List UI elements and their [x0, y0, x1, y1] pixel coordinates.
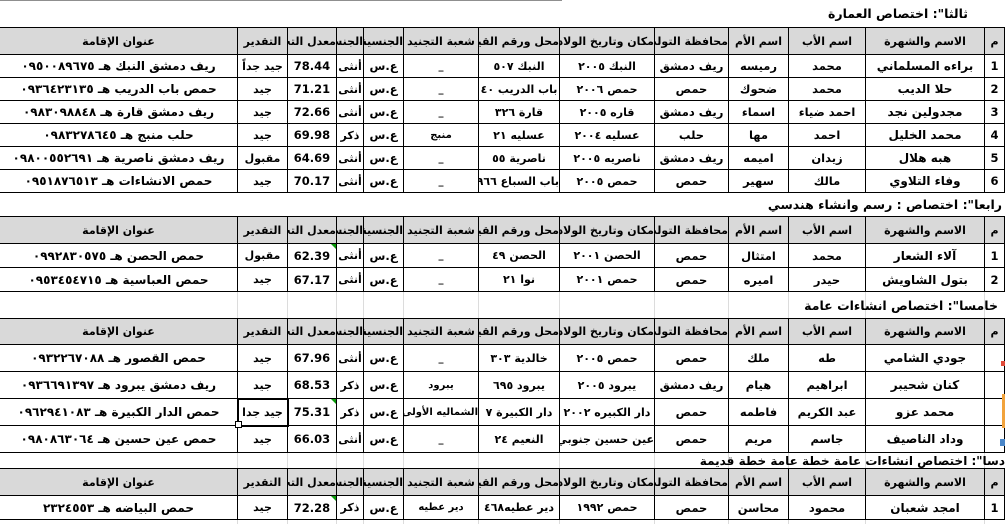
cell-father[interactable]: احمد	[789, 124, 866, 147]
cell-nationality[interactable]: ع.س	[364, 268, 404, 292]
header-name[interactable]: الاسم والشهرة	[866, 217, 985, 244]
header-address[interactable]: عنوان الإقامة	[0, 217, 238, 244]
cell-sex[interactable]: أنثى	[337, 268, 364, 292]
cell-address[interactable]: حمص عين حسين هـ ٠٩٨٠٨٦٣٠٦٤	[0, 426, 238, 453]
table-row: كنان شحيبرابراهيمهيامريف دمشقيبرود ٢٠٠٥ي…	[0, 372, 1005, 399]
cell-draft-branch[interactable]: _	[404, 101, 479, 124]
cell-registry[interactable]: قارة ٣٢٦	[479, 101, 560, 124]
cell-birthplace[interactable]: عسليه ٢٠٠٤	[560, 124, 655, 147]
gridline	[336, 520, 337, 524]
cell-mother[interactable]: مريم	[729, 426, 789, 453]
header-grade[interactable]: التقدير	[238, 28, 288, 55]
cell-draft-branch[interactable]: _	[404, 244, 479, 268]
cell-name[interactable]: محمد الخليل	[866, 124, 985, 147]
cell-grade[interactable]: جيد	[238, 124, 288, 147]
table-general-construction: مالاسم والشهرةاسم الأباسم الأممحافظة الت…	[0, 318, 1005, 453]
cell-num[interactable]: 5	[985, 147, 1005, 170]
cell-registry[interactable]: ناصرية ٥٥	[479, 147, 560, 170]
gridline	[654, 453, 655, 468]
cell-birthplace[interactable]: حمص ٢٠٠٥	[560, 170, 655, 193]
cell-father[interactable]: محمد	[789, 244, 866, 268]
cell-address[interactable]: حمص باب الدريب هـ ٠٩٣٦٤٢٣١٣٥	[0, 78, 238, 101]
cell-mother[interactable]: امتثال	[729, 244, 789, 268]
cell-name[interactable]: حلا الديب	[866, 78, 985, 101]
cell-grade[interactable]: جيد	[238, 496, 288, 520]
cell-grade[interactable]: مقبول	[238, 244, 288, 268]
section-title-text[interactable]: دسا": اختصاص انشاءات عامة خطة عامة خطة ق…	[700, 454, 1005, 468]
cell-governorate[interactable]: ريف دمشق	[655, 55, 729, 78]
cell-registry[interactable]: دار الكبيرة ٧	[479, 399, 560, 426]
cell-governorate[interactable]: حمص	[655, 78, 729, 101]
cell-governorate[interactable]: حلب	[655, 124, 729, 147]
gridline	[336, 453, 337, 468]
cell-grade[interactable]: جيد	[238, 345, 288, 372]
section-title-text[interactable]: ثالثا": اختصاص العمارة	[828, 6, 968, 21]
cell-gpa[interactable]: 68.53	[288, 372, 337, 399]
cell-sex[interactable]: أنثى	[337, 78, 364, 101]
cell-nationality[interactable]: ع.س	[364, 78, 404, 101]
header-registry[interactable]: محل ورقم القيد	[479, 469, 560, 496]
cell-num[interactable]: 1	[985, 55, 1005, 78]
gridline	[654, 520, 655, 524]
header-name[interactable]: الاسم والشهرة	[866, 319, 985, 345]
cell-address[interactable]: حمص القصور هـ ٠٩٣٢٢٦٧٠٨٨	[0, 345, 238, 372]
gridline	[478, 520, 479, 524]
gridline	[237, 292, 238, 318]
cell-sex[interactable]: ذكر	[337, 496, 364, 520]
header-num[interactable]: م	[985, 28, 1005, 55]
table-row: 1براءه المسلمانيمحمدرميسهريف دمشقالنبك ٢…	[0, 55, 1005, 78]
cell-name[interactable]: محمد عزو	[866, 399, 985, 426]
cell-grade[interactable]: جيد	[238, 268, 288, 292]
cell-nationality[interactable]: ع.س	[364, 147, 404, 170]
cell-birthplace[interactable]: يبرود ٢٠٠٥	[560, 372, 655, 399]
gridline	[287, 520, 288, 524]
cell-grade[interactable]: جيد جداً	[238, 55, 288, 78]
gridline	[865, 520, 866, 524]
cell-nationality[interactable]: ع.س	[364, 496, 404, 520]
cell-num[interactable]: 1	[985, 244, 1005, 268]
header-draft-branch[interactable]: شعبة التجنيد	[404, 217, 479, 244]
header-sex[interactable]: الجنس	[337, 469, 364, 496]
cell-nationality[interactable]: ع.س	[364, 399, 404, 426]
cell-birthplace[interactable]: حمص ٢٠٠٥	[560, 345, 655, 372]
table-row: 3مجدولين نجداحمد ضياءاسماءريف دمشققاره ٢…	[0, 101, 1005, 124]
cell-gpa[interactable]: 72.66	[288, 101, 337, 124]
cell-mother[interactable]: مها	[729, 124, 789, 147]
section-title-text[interactable]: خامسا": اختصاص انشاءات عامة	[804, 298, 998, 313]
section-title-general-construction: خامسا": اختصاص انشاءات عامة	[0, 292, 1005, 318]
table-row: 2حلا الديبمحمدضحوكحمصحمص ٢٠٠٦باب الدريب …	[0, 78, 1005, 101]
header-mother[interactable]: اسم الأم	[729, 28, 789, 55]
cell-gpa[interactable]: 67.17	[288, 268, 337, 292]
cell-governorate[interactable]: حمص	[655, 268, 729, 292]
cell-address[interactable]: حلب منبج هـ ٠٩٨٣٢٧٨٦٤٥	[0, 124, 238, 147]
header-address[interactable]: عنوان الإقامة	[0, 28, 238, 55]
edge-artifact-red	[1001, 361, 1005, 366]
cell-nationality[interactable]: ع.س	[364, 426, 404, 453]
section-title-technical-drawing: رابعا": اختصاص : رسم وانشاء هندسي	[0, 193, 1005, 216]
table-architecture: مالاسم والشهرةاسم الأباسم الأممحافظة الت…	[0, 27, 1005, 193]
cell-num[interactable]: 3	[985, 101, 1005, 124]
cell-mother[interactable]: محاسن	[729, 496, 789, 520]
header-birthplace[interactable]: مكان وتاريخ الولادة	[560, 469, 655, 496]
gridline	[728, 292, 729, 318]
table-row: 5هبه هلالزيداناميمهريف دمشقناصريه ٢٠٠٥نا…	[0, 147, 1005, 170]
cell-num[interactable]: 1	[985, 496, 1005, 520]
header-address[interactable]: عنوان الإقامة	[0, 469, 238, 496]
cell-grade[interactable]: جيد	[238, 426, 288, 453]
cell-governorate[interactable]: حمص	[655, 345, 729, 372]
cell-draft-branch[interactable]: الشماليه الأولى	[404, 399, 479, 426]
header-grade[interactable]: التقدير	[238, 319, 288, 345]
header-father[interactable]: اسم الأب	[789, 469, 866, 496]
section-title-general-construction-old-plan: دسا": اختصاص انشاءات عامة خطة عامة خطة ق…	[0, 453, 1005, 468]
cell-mother[interactable]: اسماء	[729, 101, 789, 124]
cell-name[interactable]: امجد شعبان	[866, 496, 985, 520]
cell-address[interactable]: حمص العباسية هـ ٠٩٥٣٤٥٤٧١٥	[0, 268, 238, 292]
header-birthplace[interactable]: مكان وتاريخ الولادة	[560, 319, 655, 345]
edge-artifact-blue	[1000, 439, 1005, 446]
cell-address[interactable]: ريف دمشق النبك هـ ٠٩٥٠٠٨٩٦٧٥	[0, 55, 238, 78]
cell-father[interactable]: حيدر	[789, 268, 866, 292]
gridline	[654, 292, 655, 318]
cell-num[interactable]: 4	[985, 124, 1005, 147]
header-gpa[interactable]: معدل التخرج	[288, 217, 337, 244]
cell-gpa[interactable]: 71.21	[288, 78, 337, 101]
cell-mother[interactable]: فاطمه	[729, 399, 789, 426]
header-father[interactable]: اسم الأب	[789, 217, 866, 244]
header-draft-branch[interactable]: شعبة التجنيد	[404, 319, 479, 345]
cell-name[interactable]: جودي الشامي	[866, 345, 985, 372]
cell-governorate[interactable]: حمص	[655, 244, 729, 268]
cell-birthplace[interactable]: حمص ٢٠٠١	[560, 268, 655, 292]
cell-father[interactable]: عبد الكريم	[789, 399, 866, 426]
header-birthplace[interactable]: مكان وتاريخ الولادة	[560, 28, 655, 55]
cell-mother[interactable]: رميسه	[729, 55, 789, 78]
header-registry[interactable]: محل ورقم القيد	[479, 319, 560, 345]
gridline	[403, 292, 404, 318]
cell-birthplace[interactable]: النبك ٢٠٠٥	[560, 55, 655, 78]
cell-mother[interactable]: ضحوك	[729, 78, 789, 101]
table-row: 4محمد الخليلاحمدمهاحلبعسليه ٢٠٠٤عسليه ٢١…	[0, 124, 1005, 147]
cell-name[interactable]: وفاء التلاوي	[866, 170, 985, 193]
cell-sex[interactable]: أنثى	[337, 345, 364, 372]
cell-draft-branch[interactable]: _	[404, 426, 479, 453]
header-num[interactable]: م	[985, 319, 1005, 345]
table-row: 2بتول الشاويشحيدراميرهحمصحمص ٢٠٠١نوا ٢١_…	[0, 268, 1005, 292]
table-row: 1امجد شعبانمحمودمحاسنحمصحمص ١٩٩٢دير عطيه…	[0, 496, 1005, 520]
gridline	[363, 453, 364, 468]
header-grade[interactable]: التقدير	[238, 217, 288, 244]
cell-grade[interactable]: جيد	[238, 170, 288, 193]
cell-registry[interactable]: يبرود ٦٩٥	[479, 372, 560, 399]
gridline	[728, 520, 729, 524]
cell-registry[interactable]: باب الدريب ٤٠	[479, 78, 560, 101]
cell-draft-branch[interactable]: _	[404, 268, 479, 292]
cell-name[interactable]: مجدولين نجد	[866, 101, 985, 124]
cell-governorate[interactable]: ريف دمشق	[655, 147, 729, 170]
cell-father[interactable]: زيدان	[789, 147, 866, 170]
cell-governorate[interactable]: حمص	[655, 170, 729, 193]
cell-registry[interactable]: باب السباع ٩٦٦	[479, 170, 560, 193]
cell-registry[interactable]: خالدية ٣٠٣	[479, 345, 560, 372]
cell-sex[interactable]: أنثى	[337, 101, 364, 124]
cell-num[interactable]	[985, 345, 1005, 372]
header-birthplace[interactable]: مكان وتاريخ الولادة	[560, 217, 655, 244]
gridline	[287, 453, 288, 468]
cell-governorate[interactable]: حمص	[655, 496, 729, 520]
cell-draft-branch[interactable]: _	[404, 345, 479, 372]
header-mother[interactable]: اسم الأم	[729, 217, 789, 244]
cell-draft-branch[interactable]: _	[404, 78, 479, 101]
cell-gpa[interactable]: 75.31	[288, 399, 337, 426]
cell-registry[interactable]: عسليه ٢١	[479, 124, 560, 147]
table-general-construction-old-plan: مالاسم والشهرةاسم الأباسم الأممحافظة الت…	[0, 468, 1005, 520]
gridline	[403, 453, 404, 468]
cell-nationality[interactable]: ع.س	[364, 345, 404, 372]
cell-registry[interactable]: نوا ٢١	[479, 268, 560, 292]
cell-grade[interactable]: جيد جدا	[238, 399, 288, 426]
table-row: محمد عزوعبد الكريمفاطمهحمصدار الكبيره ٢٠…	[0, 399, 1005, 426]
cell-registry[interactable]: الحصن ٤٩	[479, 244, 560, 268]
gridline	[287, 292, 288, 318]
cell-draft-branch[interactable]: _	[404, 170, 479, 193]
header-row: مالاسم والشهرةاسم الأباسم الأممحافظة الت…	[0, 217, 1005, 244]
gridline	[478, 453, 479, 468]
header-mother[interactable]: اسم الأم	[729, 319, 789, 345]
gridline	[363, 292, 364, 318]
cell-registry[interactable]: دير عطيه٤٦٨	[479, 496, 560, 520]
gridline	[237, 453, 238, 468]
header-registry[interactable]: محل ورقم القيد	[479, 217, 560, 244]
cell-name[interactable]: بتول الشاويش	[866, 268, 985, 292]
cell-birthplace[interactable]: حمص ٢٠٠٦	[560, 78, 655, 101]
cell-draft-branch[interactable]: يبرود	[404, 372, 479, 399]
cell-father[interactable]: محمد	[789, 78, 866, 101]
next-row-sliver	[0, 520, 1005, 524]
header-nationality[interactable]: الجنسية	[364, 469, 404, 496]
cell-gpa[interactable]: 64.69	[288, 147, 337, 170]
cell-grade[interactable]: جيد	[238, 101, 288, 124]
header-gpa[interactable]: معدل التخرج	[288, 28, 337, 55]
cell-gpa[interactable]: 67.96	[288, 345, 337, 372]
header-sex[interactable]: الجنس	[337, 319, 364, 345]
cell-father[interactable]: مالك	[789, 170, 866, 193]
cell-draft-branch[interactable]: منبج	[404, 124, 479, 147]
cell-sex[interactable]: أنثى	[337, 426, 364, 453]
cell-gpa[interactable]: 66.03	[288, 426, 337, 453]
cell-registry[interactable]: النبك ٥٠٧	[479, 55, 560, 78]
cell-nationality[interactable]: ع.س	[364, 372, 404, 399]
cell-name[interactable]: وداد الناصيف	[866, 426, 985, 453]
header-gpa[interactable]: معدل التخرج	[288, 319, 337, 345]
gridline	[559, 520, 560, 524]
cell-address[interactable]: حمص البياضه هـ ٢٣٢٤٥٥٣	[0, 496, 238, 520]
header-sex[interactable]: الجنس	[337, 28, 364, 55]
header-nationality[interactable]: الجنسية	[364, 28, 404, 55]
cell-gpa[interactable]: 78.44	[288, 55, 337, 78]
cell-draft-branch[interactable]: دير عطيه	[404, 496, 479, 520]
cell-birthplace[interactable]: قاره ٢٠٠٥	[560, 101, 655, 124]
sheet-gridlines	[0, 520, 1005, 524]
header-num[interactable]: م	[985, 469, 1005, 496]
gridline	[788, 292, 789, 318]
header-row: مالاسم والشهرةاسم الأباسم الأممحافظة الت…	[0, 28, 1005, 55]
cell-sex[interactable]: أنثى	[337, 170, 364, 193]
header-father[interactable]: اسم الأب	[789, 319, 866, 345]
cell-mother[interactable]: سهير	[729, 170, 789, 193]
section-title-text[interactable]: رابعا": اختصاص : رسم وانشاء هندسي	[768, 197, 1002, 212]
cell-draft-branch[interactable]: _	[404, 55, 479, 78]
header-father[interactable]: اسم الأب	[789, 28, 866, 55]
table-row: جودي الشاميطهملكحمصحمص ٢٠٠٥خالدية ٣٠٣_ع.…	[0, 345, 1005, 372]
cell-gpa[interactable]: 62.39	[288, 244, 337, 268]
section-title-architecture: ثالثا": اختصاص العمارة	[0, 0, 1005, 27]
cell-sex[interactable]: ذكر	[337, 372, 364, 399]
cell-name[interactable]: آلاء الشعار	[866, 244, 985, 268]
header-governorate[interactable]: محافظة التولد	[655, 28, 729, 55]
table-technical-drawing: مالاسم والشهرةاسم الأباسم الأممحافظة الت…	[0, 216, 1005, 292]
header-row: مالاسم والشهرةاسم الأباسم الأممحافظة الت…	[0, 469, 1005, 496]
cell-father[interactable]: ابراهيم	[789, 372, 866, 399]
gridline	[559, 453, 560, 468]
cell-nationality[interactable]: ع.س	[364, 101, 404, 124]
cell-birthplace[interactable]: الحصن ٢٠٠١	[560, 244, 655, 268]
cell-address[interactable]: ريف دمشق يبرود هـ ٠٩٣٦٦٩١٣٩٧	[0, 372, 238, 399]
cell-nationality[interactable]: ع.س	[364, 170, 404, 193]
gridline	[363, 520, 364, 524]
cell-grade[interactable]: جيد	[238, 78, 288, 101]
header-sex[interactable]: الجنس	[337, 217, 364, 244]
header-address[interactable]: عنوان الإقامة	[0, 319, 238, 345]
cell-nationality[interactable]: ع.س	[364, 124, 404, 147]
cell-birthplace[interactable]: دار الكبيره ٢٠٠٢	[560, 399, 655, 426]
cell-name[interactable]: كنان شحيبر	[866, 372, 985, 399]
header-mother[interactable]: اسم الأم	[729, 469, 789, 496]
cell-nationality[interactable]: ع.س	[364, 55, 404, 78]
cell-father[interactable]: محمد	[789, 55, 866, 78]
cell-father[interactable]: محمود	[789, 496, 866, 520]
header-governorate[interactable]: محافظة التولد	[655, 319, 729, 345]
header-name[interactable]: الاسم والشهرة	[866, 469, 985, 496]
cell-sex[interactable]: ذكر	[337, 124, 364, 147]
table-row: 1آلاء الشعارمحمدامتثالحمصالحصن ٢٠٠١الحصن…	[0, 244, 1005, 268]
cell-mother[interactable]: ملك	[729, 345, 789, 372]
cell-address[interactable]: حمص الانشاءات هـ ٠٩٥١٨٧٦٥١٣	[0, 170, 238, 193]
cell-address[interactable]: حمص الدار الكبيرة هـ ٠٩٦٢٩٤١٠٨٣	[0, 399, 238, 426]
header-registry[interactable]: محل ورقم القيد	[479, 28, 560, 55]
cell-num[interactable]: 6	[985, 170, 1005, 193]
cell-name[interactable]: هبه هلال	[866, 147, 985, 170]
cell-registry[interactable]: النعيم ٢٤	[479, 426, 560, 453]
cell-sex[interactable]: أنثى	[337, 55, 364, 78]
cell-name[interactable]: براءه المسلماني	[866, 55, 985, 78]
spreadsheet-view: ثالثا": اختصاص العمارة مالاسم والشهرةاسم…	[0, 0, 1005, 524]
gridline	[984, 520, 985, 524]
cell-birthplace[interactable]: عين حسين جنوبي ٢٠٠٥	[560, 426, 655, 453]
cell-mother[interactable]: اميره	[729, 268, 789, 292]
cell-num[interactable]: 2	[985, 268, 1005, 292]
cell-governorate[interactable]: حمص	[655, 399, 729, 426]
cell-gpa[interactable]: 72.28	[288, 496, 337, 520]
cell-birthplace[interactable]: ناصريه ٢٠٠٥	[560, 147, 655, 170]
header-governorate[interactable]: محافظة التولد	[655, 469, 729, 496]
gridline	[336, 292, 337, 318]
header-draft-branch[interactable]: شعبة التجنيد	[404, 28, 479, 55]
cell-grade[interactable]: جيد	[238, 372, 288, 399]
cell-gpa[interactable]: 70.17	[288, 170, 337, 193]
header-draft-branch[interactable]: شعبة التجنيد	[404, 469, 479, 496]
table-row: وداد الناصيفجاسممريمحمصعين حسين جنوبي ٢٠…	[0, 426, 1005, 453]
header-grade[interactable]: التقدير	[238, 469, 288, 496]
gridline	[237, 520, 238, 524]
cell-gpa[interactable]: 69.98	[288, 124, 337, 147]
cell-father[interactable]: احمد ضياء	[789, 101, 866, 124]
cell-father[interactable]: جاسم	[789, 426, 866, 453]
cell-governorate[interactable]: ريف دمشق	[655, 101, 729, 124]
cell-sex[interactable]: أنثى	[337, 244, 364, 268]
cell-mother[interactable]: اميمه	[729, 147, 789, 170]
cell-sex[interactable]: أنثى	[337, 147, 364, 170]
cell-grade[interactable]: مقبول	[238, 147, 288, 170]
gridline	[403, 520, 404, 524]
header-row: مالاسم والشهرةاسم الأباسم الأممحافظة الت…	[0, 319, 1005, 345]
cell-address[interactable]: ريف دمشق قارة هـ ٠٩٨٣٠٩٨٨٤٨	[0, 101, 238, 124]
cell-sex[interactable]: ذكر	[337, 399, 364, 426]
header-nationality[interactable]: الجنسية	[364, 319, 404, 345]
cell-address[interactable]: ريف دمشق ناصرية هـ ٠٩٨٠٠٥٥٢٦٩١	[0, 147, 238, 170]
header-gpa[interactable]: معدل التخرج	[288, 469, 337, 496]
cell-draft-branch[interactable]: _	[404, 147, 479, 170]
header-governorate[interactable]: محافظة التولد	[655, 217, 729, 244]
gridline	[478, 292, 479, 318]
cell-governorate[interactable]: حمص	[655, 426, 729, 453]
header-nationality[interactable]: الجنسية	[364, 217, 404, 244]
cell-father[interactable]: طه	[789, 345, 866, 372]
header-num[interactable]: م	[985, 217, 1005, 244]
header-name[interactable]: الاسم والشهرة	[866, 28, 985, 55]
cell-nationality[interactable]: ع.س	[364, 244, 404, 268]
cell-governorate[interactable]: ريف دمشق	[655, 372, 729, 399]
gridline	[559, 292, 560, 318]
cell-mother[interactable]: هيام	[729, 372, 789, 399]
table-row: 6وفاء التلاويمالكسهيرحمصحمص ٢٠٠٥باب السب…	[0, 170, 1005, 193]
cell-address[interactable]: حمص الحصن هـ ٠٩٩٢٨٣٠٥٧٥	[0, 244, 238, 268]
cell-birthplace[interactable]: حمص ١٩٩٢	[560, 496, 655, 520]
gridline	[788, 520, 789, 524]
cell-num[interactable]: 2	[985, 78, 1005, 101]
